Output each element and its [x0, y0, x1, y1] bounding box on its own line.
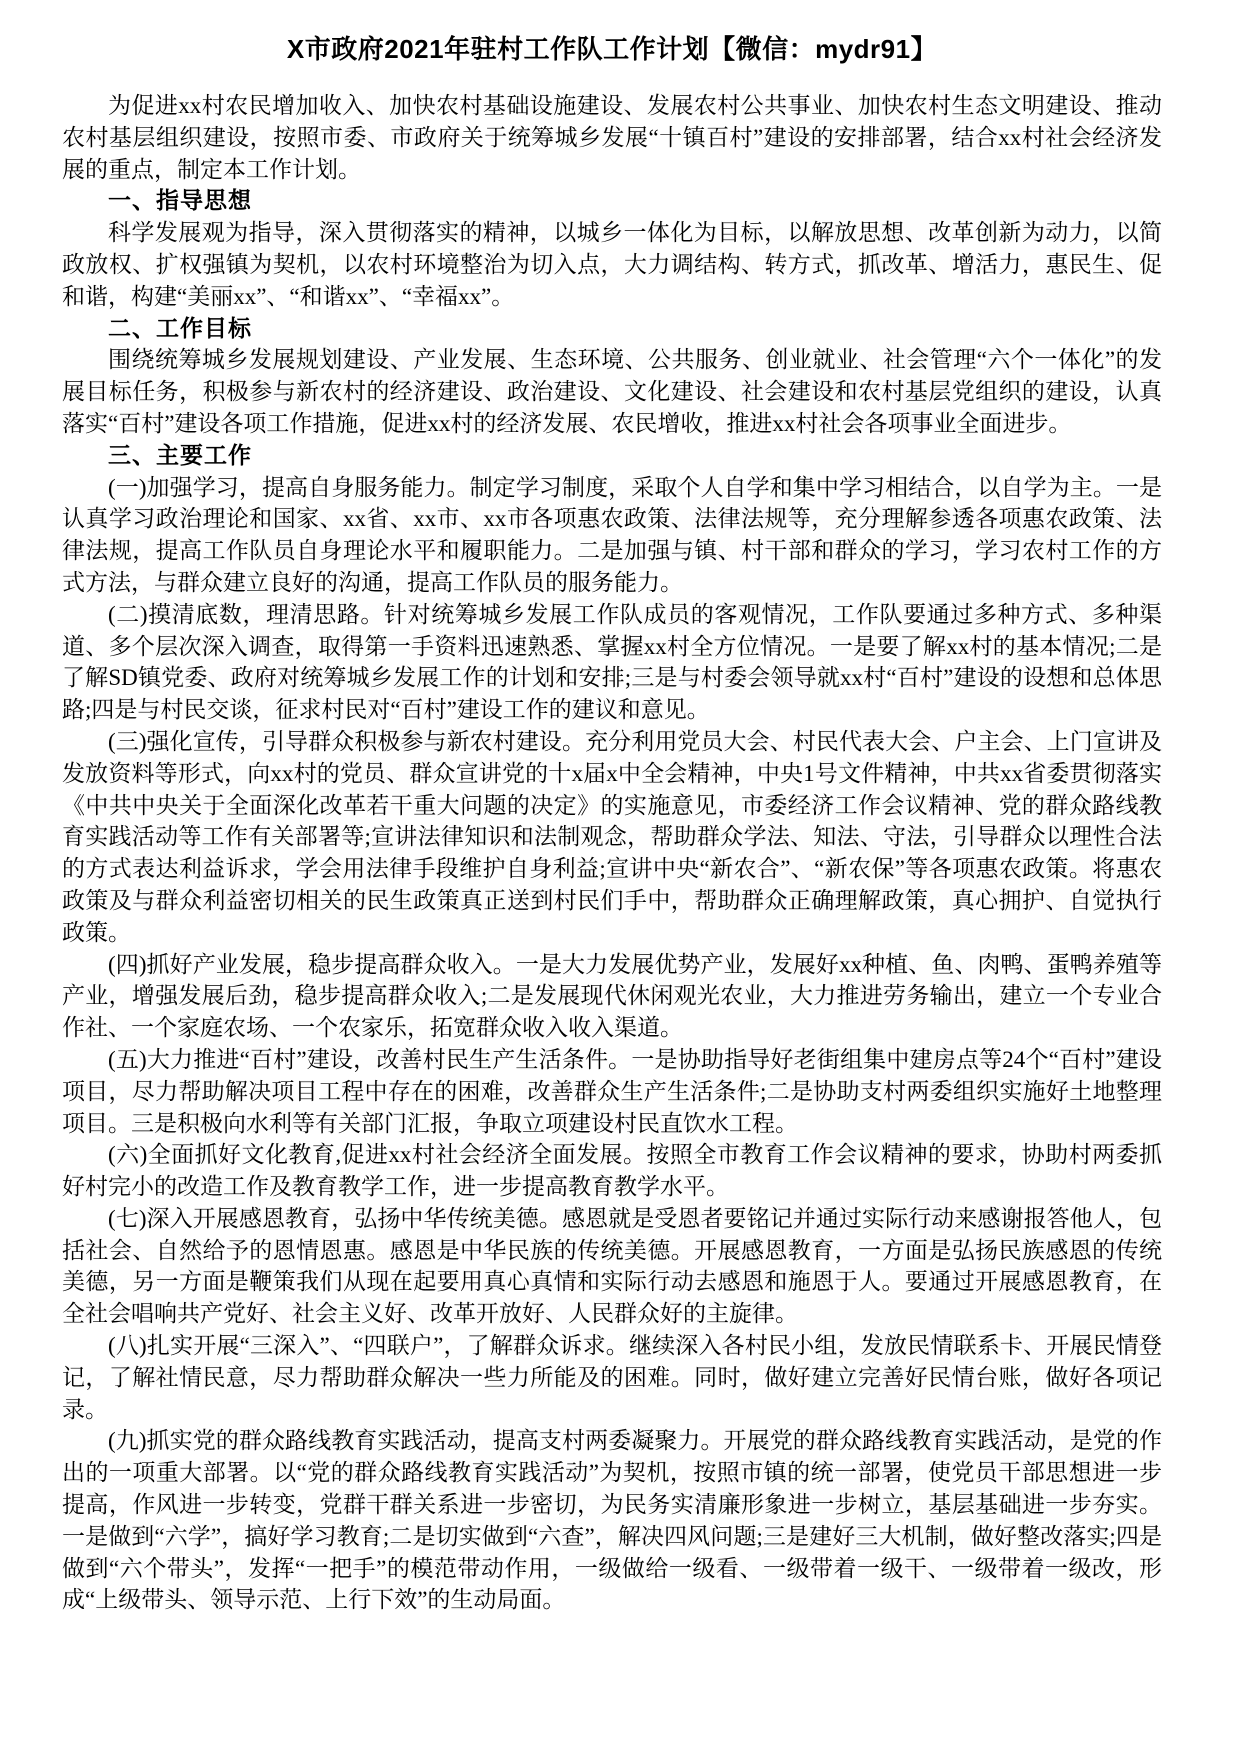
document-page: X市政府2021年驻村工作队工作计划【微信：mydr91】 为促进xx村农民增加…	[0, 0, 1240, 1754]
body-paragraph: (八)扎实开展“三深入”、“四联户”，了解群众诉求。继续深入各村民小组，发放民情…	[62, 1330, 1162, 1425]
body-paragraph: (四)抓好产业发展，稳步提高群众收入。一是大力发展优势产业，发展好xx种植、鱼、…	[62, 949, 1162, 1044]
body-paragraph: (三)强化宣传，引导群众积极参与新农村建设。充分利用党员大会、村民代表大会、户主…	[62, 726, 1162, 949]
body-paragraph: (五)大力推进“百村”建设，改善村民生产生活条件。一是协助指导好老街组集中建房点…	[62, 1044, 1162, 1139]
body-paragraph: (六)全面抓好文化教育,促进xx村社会经济全面发展。按照全市教育工作会议精神的要…	[62, 1139, 1162, 1203]
document-body: 为促进xx村农民增加收入、加快农村基础设施建设、发展农村公共事业、加快农村生态文…	[62, 90, 1162, 1616]
body-paragraph: (九)抓实党的群众路线教育实践活动，提高支村两委凝聚力。开展党的群众路线教育实践…	[62, 1425, 1162, 1616]
section-heading: 一、指导思想	[62, 185, 1162, 217]
body-paragraph: 科学发展观为指导，深入贯彻落实的精神，以城乡一体化为目标，以解放思想、改革创新为…	[62, 217, 1162, 312]
section-heading: 二、工作目标	[62, 313, 1162, 345]
section-heading: 三、主要工作	[62, 440, 1162, 472]
body-paragraph: 围绕统筹城乡发展规划建设、产业发展、生态环境、公共服务、创业就业、社会管理“六个…	[62, 344, 1162, 439]
document-title: X市政府2021年驻村工作队工作计划【微信：mydr91】	[62, 30, 1162, 68]
body-paragraph: (一)加强学习，提高自身服务能力。制定学习制度，采取个人自学和集中学习相结合，以…	[62, 472, 1162, 599]
body-paragraph: (二)摸清底数，理清思路。针对统筹城乡发展工作队成员的客观情况，工作队要通过多种…	[62, 599, 1162, 726]
body-paragraph: 为促进xx村农民增加收入、加快农村基础设施建设、发展农村公共事业、加快农村生态文…	[62, 90, 1162, 185]
body-paragraph: (七)深入开展感恩教育，弘扬中华传统美德。感恩就是受恩者要铭记并通过实际行动来感…	[62, 1203, 1162, 1330]
